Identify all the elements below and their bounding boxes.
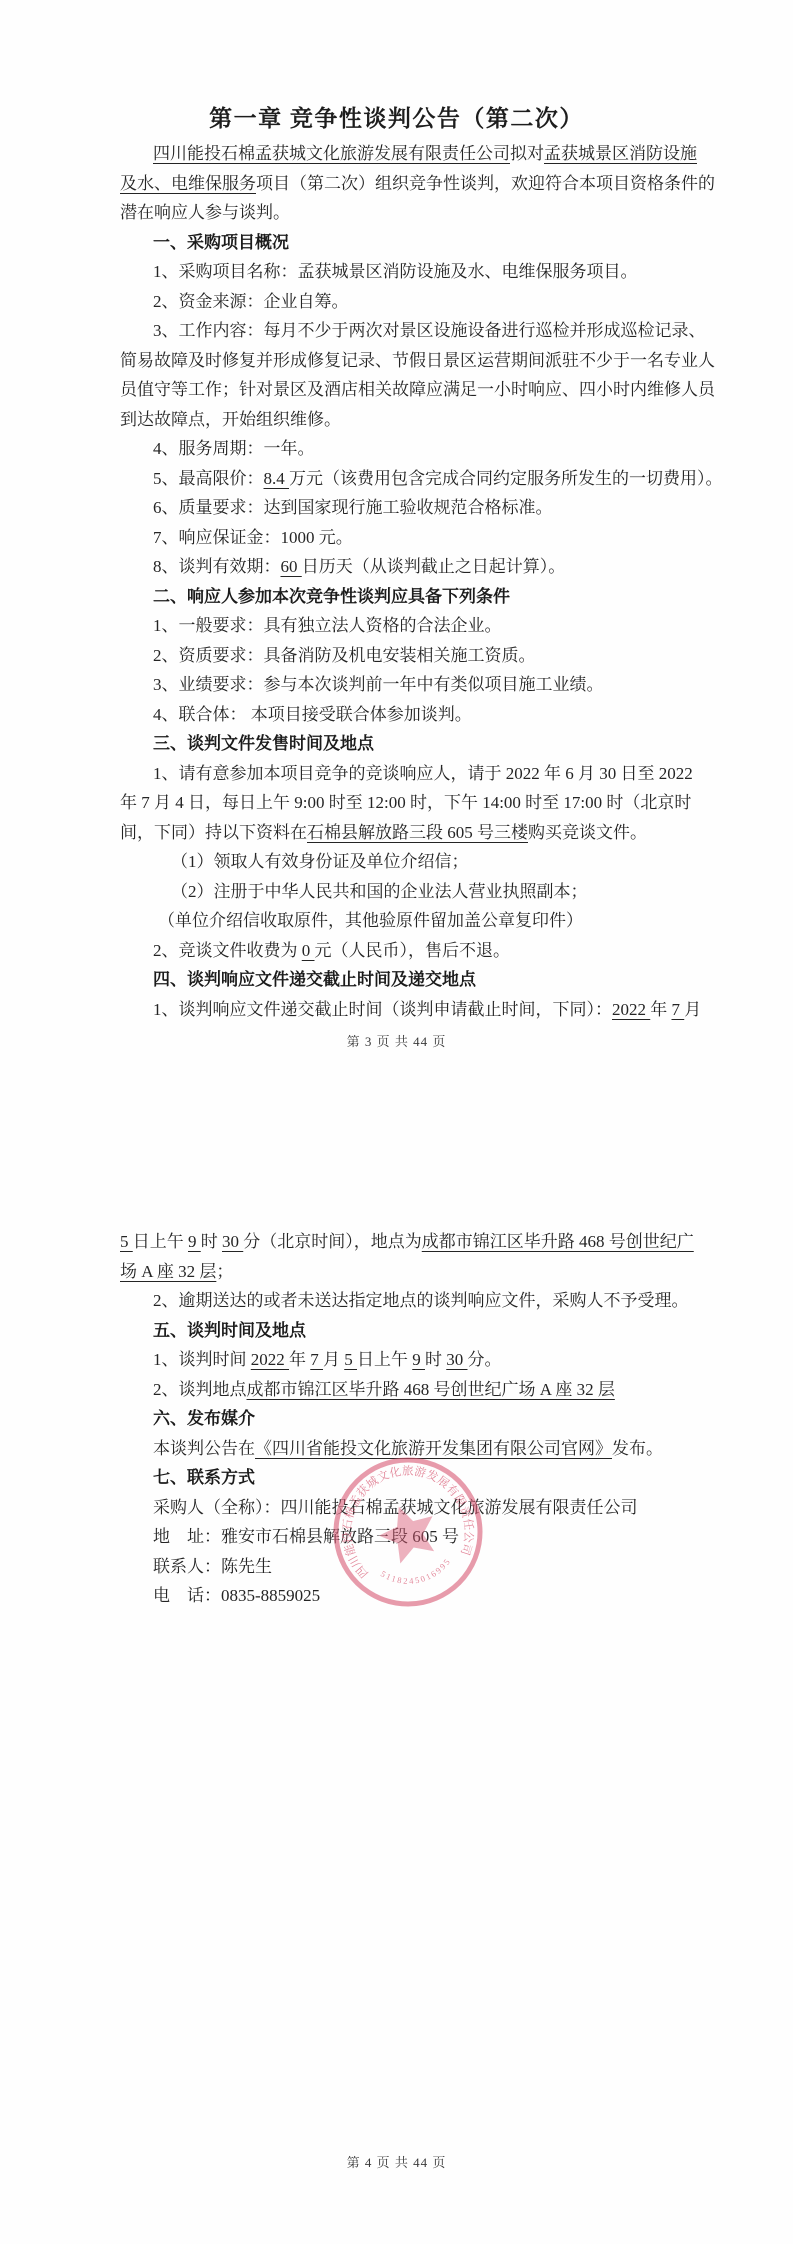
text-segment: ；: [216, 1262, 233, 1281]
section-heading: 三、谈判文件发售时间及地点: [120, 729, 695, 759]
text-segment: 7、响应保证金：1000 元。: [153, 528, 353, 547]
text-segment: 地 址：雅安市石棉县解放路三段 605 号: [153, 1527, 459, 1546]
text-segment: （1）领取人有效身份证及单位介绍信；: [171, 852, 469, 871]
section-heading: 四、谈判响应文件递交截止时间及递交地点: [120, 965, 695, 995]
text-line: 电 话：0835-8859025: [120, 1581, 735, 1611]
page-3-text-block: 四川能投石棉孟获城文化旅游发展有限责任公司拟对孟获城景区消防设施及水、电维保服务…: [120, 139, 695, 1024]
text-segment: 2、谈判地点: [153, 1380, 247, 1399]
underlined-field: 7: [672, 1000, 685, 1019]
text-line: 年 7 月 4 日，每日上午 9:00 时至 12:00 时，下午 14:00 …: [120, 788, 695, 818]
underlined-field: 成都市锦江区毕升路 468 号创世纪广场 A 座 32 层: [247, 1380, 615, 1399]
section-heading: 一、采购项目概况: [120, 228, 695, 258]
text-line: 2、谈判地点成都市锦江区毕升路 468 号创世纪广场 A 座 32 层: [120, 1375, 735, 1405]
text-line: （单位介绍信收取原件，其他验原件留加盖公章复印件）: [120, 906, 695, 936]
text-segment: 年 7 月 4 日，每日上午 9:00 时至 12:00 时，下午 14:00 …: [120, 793, 691, 812]
text-line: （1）领取人有效身份证及单位介绍信；: [120, 847, 695, 877]
text-segment: 2、资质要求：具备消防及机电安装相关施工资质。: [153, 646, 536, 665]
text-segment: 1、采购项目名称：孟获城景区消防设施及水、电维保服务项目。: [153, 262, 638, 281]
text-segment: 七、联系方式: [153, 1468, 255, 1487]
text-segment: 3、业绩要求：参与本次谈判前一年中有类似项目施工业绩。: [153, 675, 604, 694]
text-segment: 四、谈判响应文件递交截止时间及递交地点: [153, 970, 476, 989]
section-heading: 七、联系方式: [120, 1463, 735, 1493]
text-segment: 4、服务周期：一年。: [153, 439, 315, 458]
underlined-field: 9: [412, 1350, 425, 1369]
underlined-field: 30: [222, 1232, 243, 1251]
underlined-field: 《四川省能投文化旅游开发集团有限公司官网》: [255, 1439, 612, 1458]
text-segment: 4、联合体： 本项目接受联合体参加谈判。: [153, 705, 472, 724]
text-segment: 元（人民币），售后不退。: [315, 941, 511, 960]
text-segment: 三、谈判文件发售时间及地点: [153, 734, 374, 753]
text-line: 1、一般要求：具有独立法人资格的合法企业。: [120, 611, 695, 641]
text-line: 1、谈判响应文件递交截止时间（谈判申请截止时间，下同）：2022 年 7 月: [120, 995, 695, 1025]
text-segment: 月: [323, 1350, 344, 1369]
text-line: 4、联合体： 本项目接受联合体参加谈判。: [120, 700, 695, 730]
text-line: 2、资金来源：企业自筹。: [120, 287, 695, 317]
text-segment: 到达故障点，开始组织维修。: [120, 410, 341, 429]
text-segment: 发布。: [612, 1439, 663, 1458]
underlined-field: 5: [344, 1350, 357, 1369]
text-segment: 年: [650, 1000, 671, 1019]
text-segment: 日上午: [357, 1350, 412, 1369]
underlined-field: 5: [120, 1232, 133, 1251]
page-4-footer: 第 4 页 共 44 页: [0, 2152, 793, 2171]
text-line: 及水、电维保服务项目（第二次）组织竞争性谈判，欢迎符合本项目资格条件的: [120, 169, 695, 199]
section-heading: 六、发布媒介: [120, 1404, 735, 1434]
text-line: 1、采购项目名称：孟获城景区消防设施及水、电维保服务项目。: [120, 257, 695, 287]
underlined-field: 30: [446, 1350, 467, 1369]
underlined-field: 成都市锦江区毕升路 468 号创世纪广: [422, 1232, 694, 1251]
text-line: 1、谈判时间 2022 年 7 月 5 日上午 9 时 30 分。: [120, 1345, 735, 1375]
underlined-field: 9: [188, 1232, 201, 1251]
underlined-field: 及水、电维保服务: [120, 174, 256, 193]
text-line: 3、业绩要求：参与本次谈判前一年中有类似项目施工业绩。: [120, 670, 695, 700]
text-segment: 万元（该费用包含完成合同约定服务所发生的一切费用）。: [289, 469, 723, 488]
text-line: 员值守等工作；针对景区及酒店相关故障应满足一小时响应、四小时内维修人员: [120, 375, 695, 405]
text-line: 8、谈判有效期：60 日历天（从谈判截止之日起计算）。: [120, 552, 695, 582]
text-line: 2、逾期送达的或者未送达指定地点的谈判响应文件，采购人不予受理。: [120, 1286, 735, 1316]
text-segment: 时: [201, 1232, 222, 1251]
text-segment: 联系人：陈先生: [153, 1557, 272, 1576]
section-heading: 五、谈判时间及地点: [120, 1316, 735, 1346]
text-segment: 一、采购项目概况: [153, 233, 289, 252]
text-line: 四川能投石棉孟获城文化旅游发展有限责任公司拟对孟获城景区消防设施: [120, 139, 695, 169]
underlined-field: 60: [281, 557, 302, 576]
text-line: 2、竞谈文件收费为 0 元（人民币），售后不退。: [120, 936, 695, 966]
text-line: 潜在响应人参与谈判。: [120, 198, 695, 228]
text-line: 本谈判公告在《四川省能投文化旅游开发集团有限公司官网》发布。: [120, 1434, 735, 1464]
text-segment: 1、谈判时间: [153, 1350, 251, 1369]
text-segment: 1、一般要求：具有独立法人资格的合法企业。: [153, 616, 502, 635]
text-segment: 2、逾期送达的或者未送达指定地点的谈判响应文件，采购人不予受理。: [153, 1291, 689, 1310]
text-segment: 购买竞谈文件。: [528, 823, 647, 842]
text-segment: 2、竞谈文件收费为: [153, 941, 302, 960]
text-line: 到达故障点，开始组织维修。: [120, 405, 695, 435]
text-segment: 间，下同）持以下资料在: [120, 823, 307, 842]
text-line: 6、质量要求：达到国家现行施工验收规范合格标准。: [120, 493, 695, 523]
text-line: 4、服务周期：一年。: [120, 434, 695, 464]
text-line: 简易故障及时修复并形成修复记录、节假日景区运营期间派驻不少于一名专业人: [120, 346, 695, 376]
text-segment: 3、工作内容：每月不少于两次对景区设施设备进行巡检并形成巡检记录、: [153, 321, 706, 340]
scanned-document: 第一章 竞争性谈判公告（第二次） 四川能投石棉孟获城文化旅游发展有限责任公司拟对…: [0, 0, 793, 2244]
text-segment: 项目（第二次）组织竞争性谈判，欢迎符合本项目资格条件的: [256, 174, 715, 193]
text-line: 5 日上午 9 时 30 分（北京时间），地点为成都市锦江区毕升路 468 号创…: [120, 1227, 735, 1257]
text-segment: 员值守等工作；针对景区及酒店相关故障应满足一小时响应、四小时内维修人员: [120, 380, 715, 399]
text-segment: 时: [425, 1350, 446, 1369]
text-segment: 分（北京时间），地点为: [243, 1232, 422, 1251]
text-segment: 二、响应人参加本次竞争性谈判应具备下列条件: [153, 587, 510, 606]
underlined-field: 孟获城景区消防设施: [544, 144, 697, 163]
text-segment: 拟对: [510, 144, 544, 163]
underlined-field: 石棉县解放路三段 605 号三楼: [307, 823, 528, 842]
underlined-field: 四川能投石棉孟获城文化旅游发展有限责任公司: [153, 144, 510, 163]
page-4-text-block: 5 日上午 9 时 30 分（北京时间），地点为成都市锦江区毕升路 468 号创…: [120, 1227, 735, 1611]
text-segment: 采购人（全称）：四川能投石棉孟获城文化旅游发展有限责任公司: [153, 1498, 638, 1517]
text-segment: 日上午: [133, 1232, 188, 1251]
text-segment: 五、谈判时间及地点: [153, 1321, 306, 1340]
text-segment: 六、发布媒介: [153, 1409, 255, 1428]
text-segment: 潜在响应人参与谈判。: [120, 203, 290, 222]
text-segment: 年: [289, 1350, 310, 1369]
text-line: 3、工作内容：每月不少于两次对景区设施设备进行巡检并形成巡检记录、: [120, 316, 695, 346]
text-segment: 电 话：0835-8859025: [153, 1586, 320, 1605]
page-3-footer: 第 3 页 共 44 页: [0, 1031, 793, 1050]
text-segment: 8、谈判有效期：: [153, 557, 281, 576]
text-line: 间，下同）持以下资料在石棉县解放路三段 605 号三楼购买竞谈文件。: [120, 818, 695, 848]
text-segment: 月: [684, 1000, 701, 1019]
text-segment: 6、质量要求：达到国家现行施工验收规范合格标准。: [153, 498, 553, 517]
underlined-field: 8.4: [264, 469, 290, 488]
text-line: 7、响应保证金：1000 元。: [120, 523, 695, 553]
text-line: （2）注册于中华人民共和国的企业法人营业执照副本；: [120, 877, 695, 907]
underlined-field: 2022: [612, 1000, 650, 1019]
text-segment: 分。: [468, 1350, 502, 1369]
text-line: 5、最高限价：8.4 万元（该费用包含完成合同约定服务所发生的一切费用）。: [120, 464, 695, 494]
text-segment: 简易故障及时修复并形成修复记录、节假日景区运营期间派驻不少于一名专业人: [120, 351, 715, 370]
text-line: 地 址：雅安市石棉县解放路三段 605 号: [120, 1522, 735, 1552]
page-title: 第一章 竞争性谈判公告（第二次）: [0, 100, 793, 133]
text-line: 2、资质要求：具备消防及机电安装相关施工资质。: [120, 641, 695, 671]
section-heading: 二、响应人参加本次竞争性谈判应具备下列条件: [120, 582, 695, 612]
text-line: 联系人：陈先生: [120, 1552, 735, 1582]
underlined-field: 2022: [251, 1350, 289, 1369]
text-segment: 日历天（从谈判截止之日起计算）。: [302, 557, 566, 576]
text-line: 1、请有意参加本项目竞争的竞谈响应人，请于 2022 年 6 月 30 日至 2…: [120, 759, 695, 789]
underlined-field: 场 A 座 32 层: [120, 1262, 216, 1281]
underlined-field: 7: [310, 1350, 323, 1369]
text-segment: 1、请有意参加本项目竞争的竞谈响应人，请于 2022 年 6 月 30 日至 2…: [153, 764, 693, 783]
text-segment: 本谈判公告在: [153, 1439, 255, 1458]
text-segment: 5、最高限价：: [153, 469, 264, 488]
text-segment: 2、资金来源：企业自筹。: [153, 292, 349, 311]
underlined-field: 0: [302, 941, 315, 960]
text-line: 场 A 座 32 层；: [120, 1257, 735, 1287]
text-segment: （单位介绍信收取原件，其他验原件留加盖公章复印件）: [158, 911, 583, 930]
text-line: 采购人（全称）：四川能投石棉孟获城文化旅游发展有限责任公司: [120, 1493, 735, 1523]
text-segment: 1、谈判响应文件递交截止时间（谈判申请截止时间，下同）：: [153, 1000, 612, 1019]
text-segment: （2）注册于中华人民共和国的企业法人营业执照副本；: [171, 882, 588, 901]
